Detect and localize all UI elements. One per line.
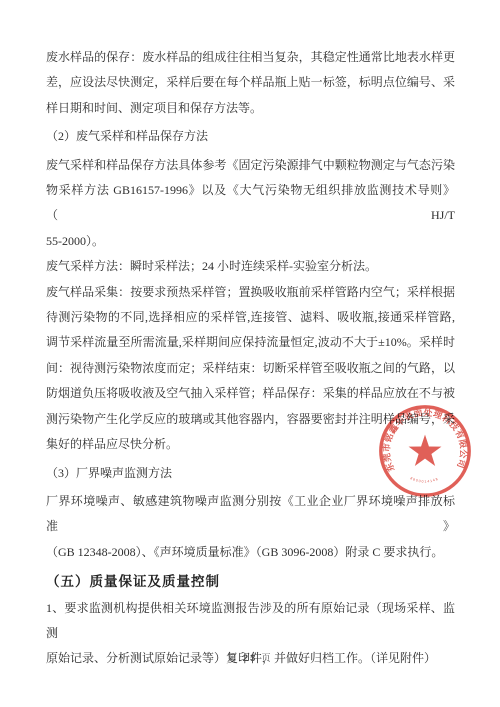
section-heading-quality-assurance: （五）质量保证及质量控制 xyxy=(46,569,455,594)
text-line: 厂界环境噪声、敏感建筑物噪声监测分别按《工业企业厂界环境噪声排放标准》 xyxy=(46,489,455,540)
text-line: 差，应设法尽快测定，采样后要在每个样品瓶上贴一标签，标明点位编号、采 xyxy=(46,70,455,95)
text-line: 防烟道负压将吸收液及空气抽入采样管；样品保存：采集的样品应放在不与被 xyxy=(46,381,455,406)
text-line: 物采样方法 GB16157-1996》以及《大气污染物无组织排放监测技术导则》（… xyxy=(46,178,455,229)
subheading-boundary-noise-monitoring: （3）厂界噪声监测方法 xyxy=(46,461,455,486)
footer-suffix: 页 xyxy=(262,653,273,663)
text-line: （GB 12348-2008）、《声环境质量标准》（GB 3096-2008）附… xyxy=(46,540,455,565)
text-line: 1、要求监测机构提供相关环境监测报告涉及的所有原始记录（现场采样、监测 xyxy=(46,596,455,647)
text-line: 待测污染物的不同,选择相应的采样管,连接管、滤料、吸收瓶,接通采样管路, xyxy=(46,305,455,330)
footer-prefix: 第 xyxy=(227,653,238,663)
text-line: 废气采样和样品保存方法具体参考《固定污染源排气中颗粒物测定与气态污染 xyxy=(46,153,455,178)
text-line: 测污染物产生化学反应的玻璃或其他容器内，容器要密封并注明样品编号，采 xyxy=(46,407,455,432)
text-line: 间：视待测污染物浓度而定；采样结束：切断采样管至吸收瓶之间的气路，以 xyxy=(46,356,455,381)
text-line: 调节采样流量至所需流量,采样期间应保持流量恒定,波动不大于±10%。采样时 xyxy=(46,330,455,355)
text-line: 集好的样品应尽快分析。 xyxy=(46,432,455,457)
text-line: 55-2000）。 xyxy=(46,229,455,254)
text-line: 废气样品采集：按要求预热采样管；置换吸收瓶前采样管路内空气；采样根据 xyxy=(46,280,455,305)
text-line: 样日期和时间、测定项目和保存方法等。 xyxy=(46,96,455,121)
text-line: 废气采样方法：瞬时采样法；24 小时连续采样-实验室分析法。 xyxy=(46,254,455,279)
document-page: 废水样品的保存：废水样品的组成往往相当复杂，其稳定性通常比地表水样更 差，应设法… xyxy=(0,0,500,707)
subheading-waste-gas-sampling: （2）废气采样和样品保存方法 xyxy=(46,124,455,149)
page-footer: 第 23 页 xyxy=(0,651,500,664)
document-body: 废水样品的保存：废水样品的组成往往相当复杂，其稳定性通常比地表水样更 差，应设法… xyxy=(46,45,455,672)
page-number: 23 xyxy=(243,653,258,664)
text-line: 废水样品的保存：废水样品的组成往往相当复杂，其稳定性通常比地表水样更 xyxy=(46,45,455,70)
